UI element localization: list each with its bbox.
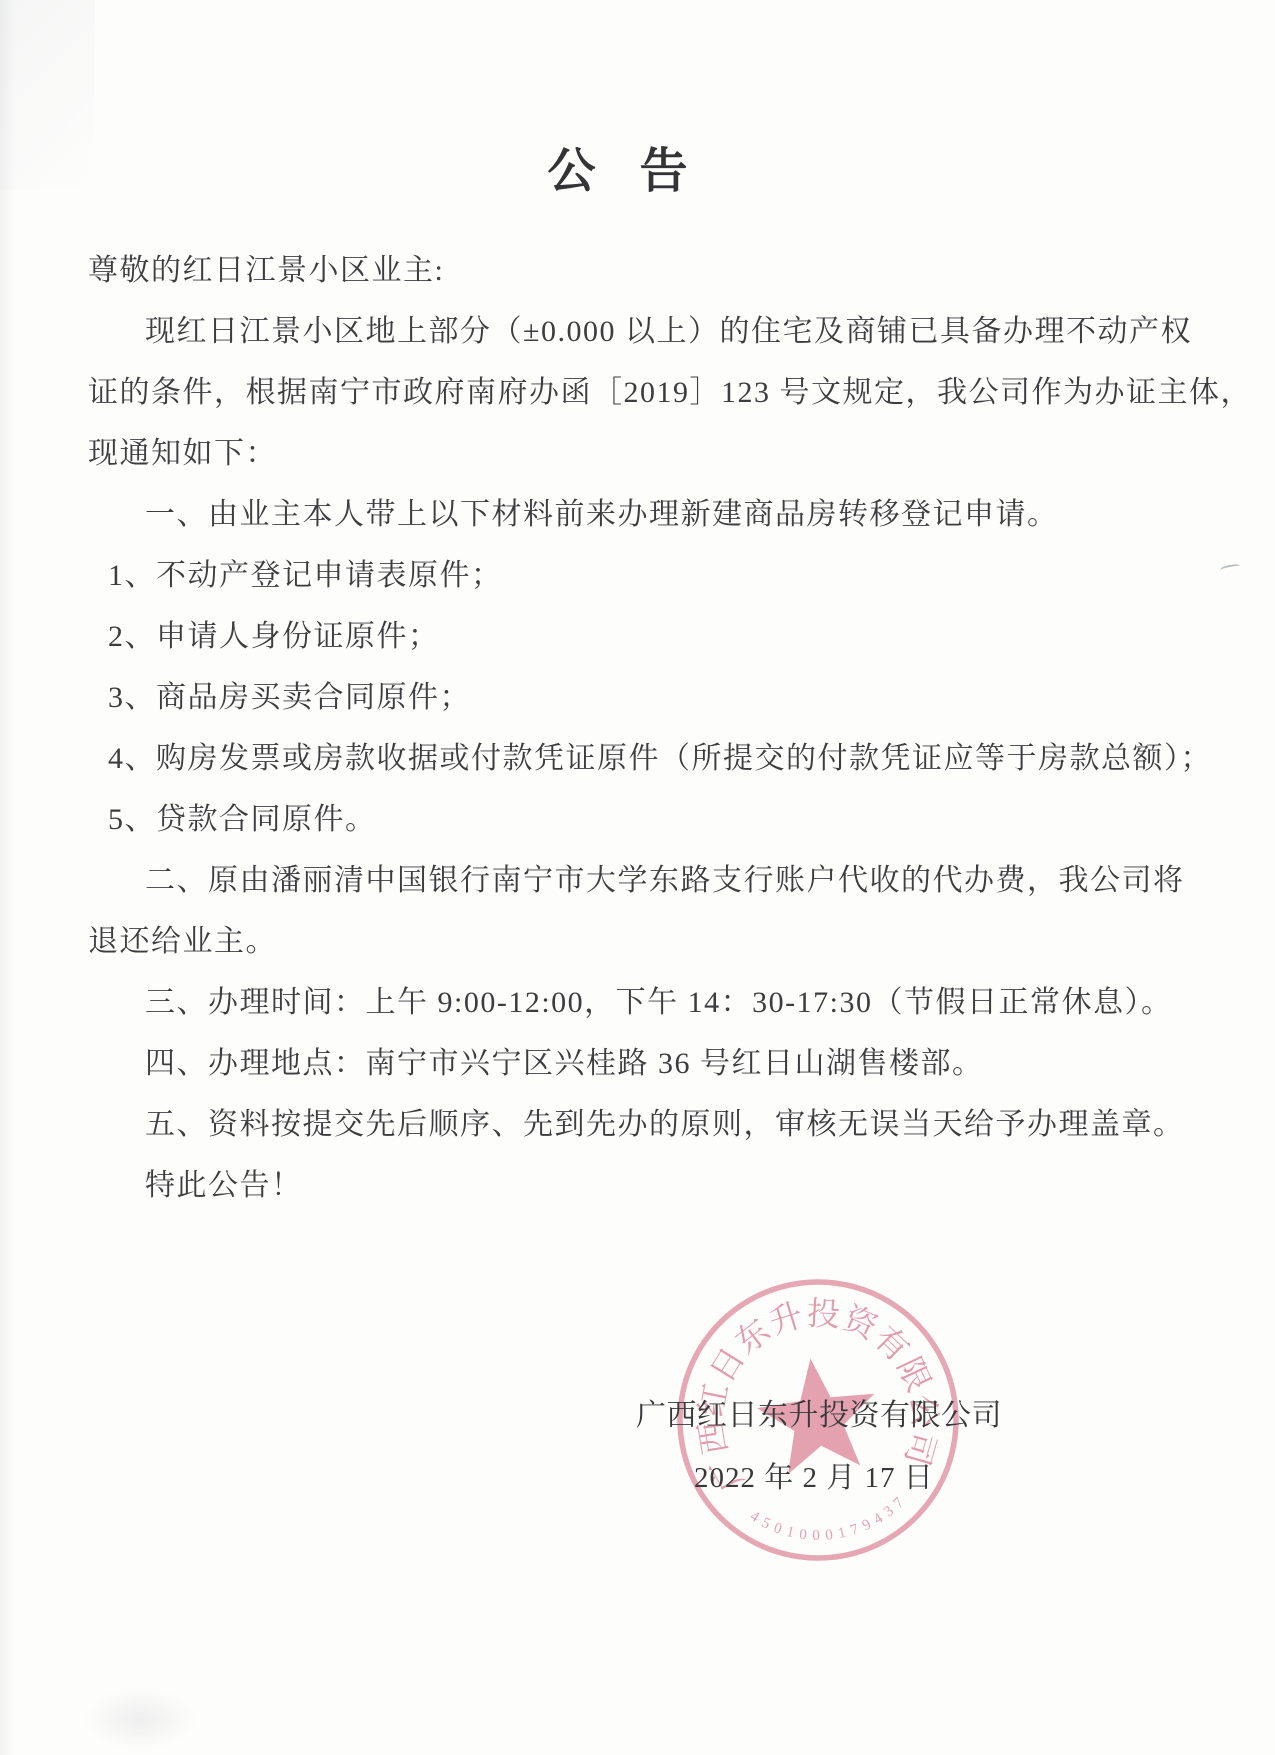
document-title: 公 告 bbox=[88, 132, 1163, 201]
closing-statement: 特此公告！ bbox=[145, 1155, 1228, 1216]
notice-item-three: 三、办理时间：上午 9:00-12:00，下午 14：30-17:30（节假日正… bbox=[145, 972, 1228, 1033]
scan-corner-shade bbox=[0, 0, 95, 190]
signature-company: 广西红日东升投资有限公司 bbox=[636, 1390, 1002, 1434]
notice-item-five: 五、资料按提交先后顺序、先到先办的原则，审核无误当天给予办理盖章。 bbox=[145, 1094, 1228, 1155]
announcement-document: 公 告 尊敬的红日江景小区业主: 现红日江景小区地上部分（±0.000 以上）的… bbox=[0, 0, 1275, 1755]
material-item-3: 3、商品房买卖合同原件； bbox=[108, 667, 1228, 728]
scan-edge-shadow bbox=[0, 0, 16, 1755]
notice-item-two-line-1: 二、原由潘丽清中国银行南宁市大学东路支行账户代收的代办费，我公司将 bbox=[145, 850, 1228, 911]
scan-smudge bbox=[85, 1688, 195, 1750]
svg-text:4501000179437: 4501000179437 bbox=[746, 1489, 916, 1553]
notice-item-one: 一、由业主本人带上以下材料前来办理新建商品房转移登记申请。 bbox=[145, 484, 1228, 545]
intro-line-1: 现红日江景小区地上部分（±0.000 以上）的住宅及商铺已具备办理不动产权 bbox=[145, 301, 1228, 362]
material-item-4: 4、购房发票或房款收据或付款凭证原件（所提交的付款凭证应等于房款总额）； bbox=[108, 728, 1228, 789]
document-body: 尊敬的红日江景小区业主: 现红日江景小区地上部分（±0.000 以上）的住宅及商… bbox=[88, 240, 1228, 1216]
signature-date: 2022 年 2 月 17 日 bbox=[694, 1455, 934, 1496]
material-item-5: 5、贷款合同原件。 bbox=[108, 789, 1228, 850]
salutation: 尊敬的红日江景小区业主: bbox=[88, 240, 1228, 301]
intro-line-2: 证的条件，根据南宁市政府南府办函［2019］123 号文规定，我公司作为办证主体… bbox=[88, 362, 1228, 423]
material-item-1: 1、不动产登记申请表原件； bbox=[108, 545, 1228, 606]
notice-item-four: 四、办理地点：南宁市兴宁区兴桂路 36 号红日山湖售楼部。 bbox=[145, 1033, 1228, 1094]
seal-number: 4501000179437 bbox=[746, 1489, 916, 1553]
intro-line-3: 现通知如下： bbox=[88, 423, 1228, 484]
notice-item-two-line-2: 退还给业主。 bbox=[88, 911, 1228, 972]
material-item-2: 2、申请人身份证原件； bbox=[108, 606, 1228, 667]
